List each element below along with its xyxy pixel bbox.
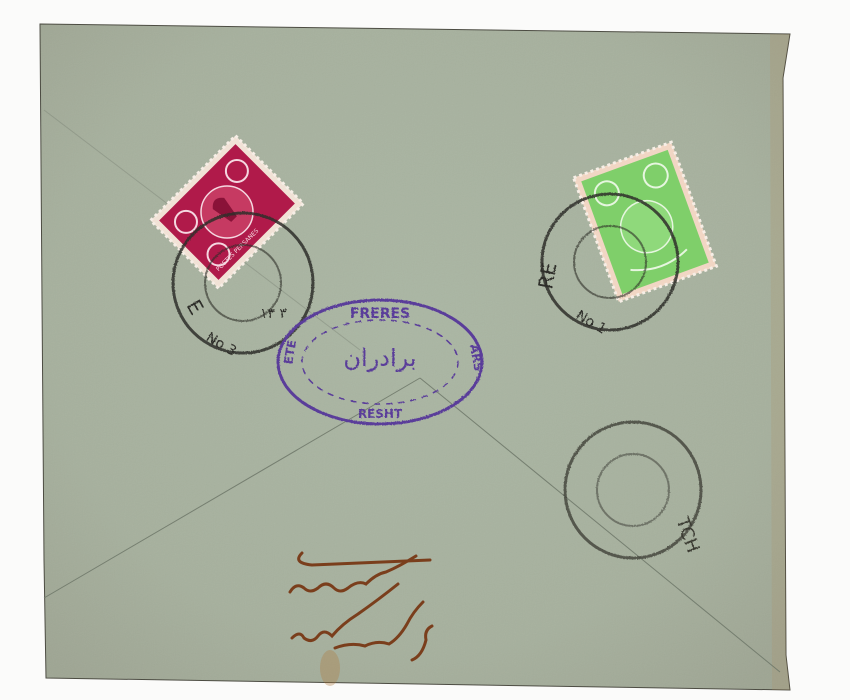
svg-text:RESHT: RESHT (358, 407, 403, 421)
envelope-photo: POSTES PERSANES E No 3 ٣ ١٣ (0, 0, 850, 700)
svg-text:٣ ١٣: ٣ ١٣ (260, 306, 288, 322)
svg-text:FRERES: FRERES (350, 306, 410, 322)
svg-text:RE: RE (533, 261, 561, 291)
svg-text:برادران: برادران (343, 344, 416, 372)
